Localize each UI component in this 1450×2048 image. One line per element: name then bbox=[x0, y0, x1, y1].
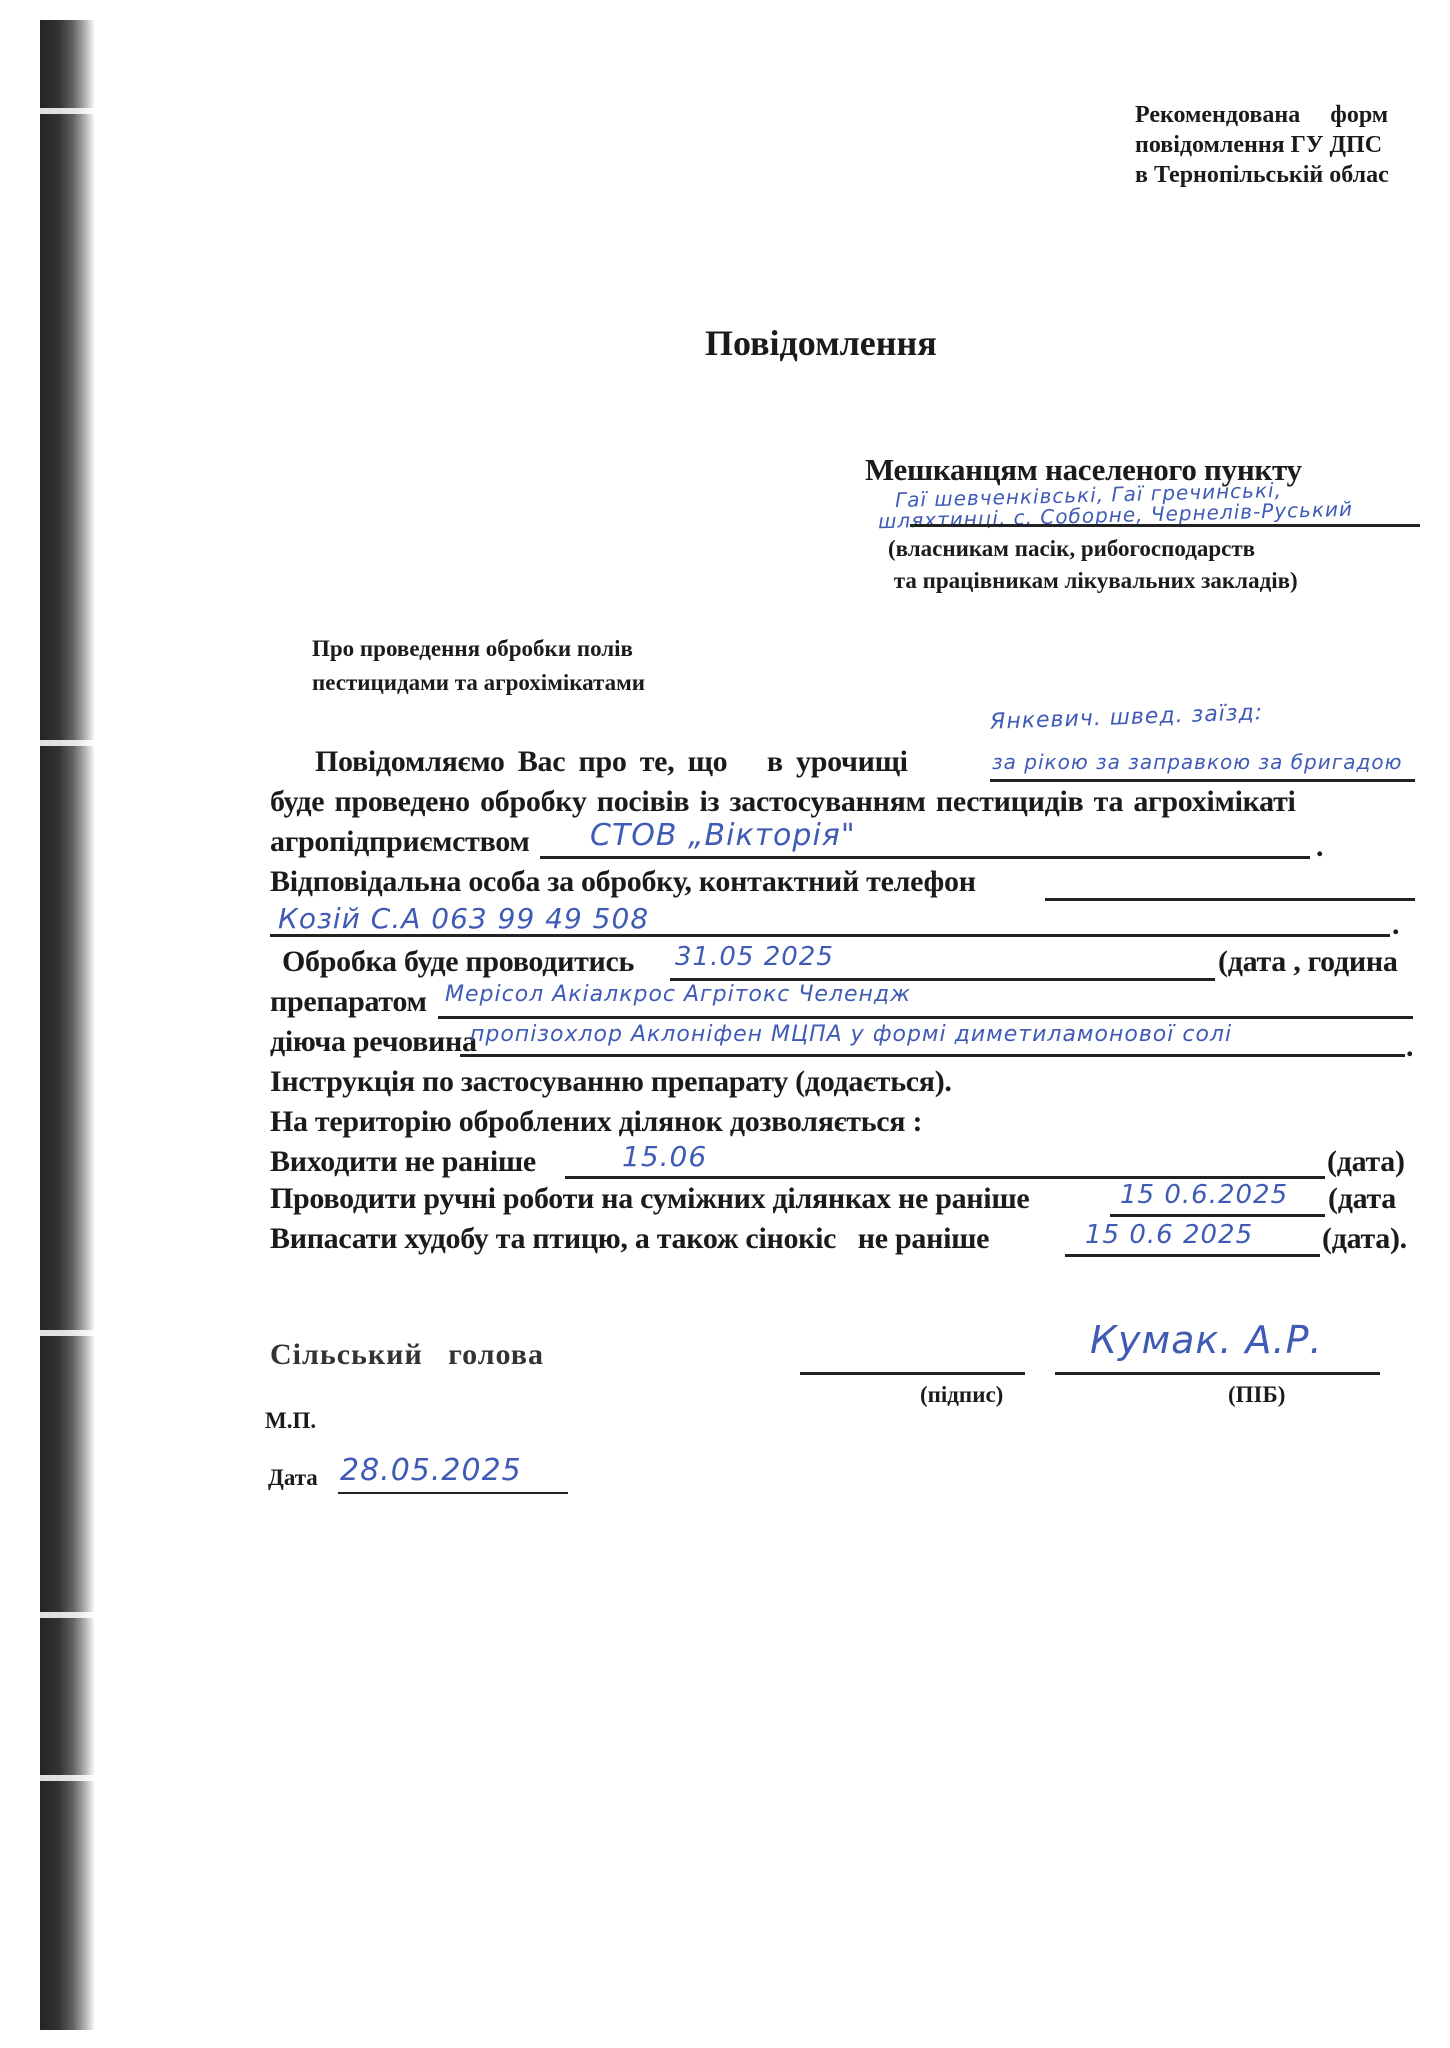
substance-period: . bbox=[1406, 1030, 1413, 1064]
document-date-label: Дата bbox=[268, 1465, 318, 1491]
manual-work-underline bbox=[1110, 1214, 1325, 1217]
document-date-value: 28.05.2025 bbox=[340, 1453, 522, 1488]
scan-edge-gap bbox=[38, 1775, 100, 1781]
exit-value: 15.06 bbox=[622, 1140, 707, 1173]
enterprise-underline bbox=[540, 856, 1310, 859]
substance-label: діюча речовина bbox=[270, 1025, 477, 1059]
scan-edge-gap bbox=[38, 108, 100, 114]
date-suffix: (дата , година bbox=[1218, 945, 1398, 979]
exit-suffix: (дата) bbox=[1327, 1145, 1405, 1179]
instruction-text: Інструкція по застосуванню препарату (до… bbox=[270, 1065, 952, 1099]
responsible-label: Відповідальна особа за обробку, контактн… bbox=[270, 865, 976, 899]
header-line: повідомлення ГУ ДПС bbox=[1135, 130, 1389, 160]
location-underline bbox=[990, 779, 1415, 782]
stamp-label: М.П. bbox=[265, 1408, 316, 1434]
responsible-period: . bbox=[1392, 908, 1399, 942]
intro-text: Повідомляємо Вас про те, що в урочищі bbox=[315, 745, 908, 779]
substance-value: пропізохлор Аклоніфен МЦПА у формі димет… bbox=[470, 1022, 1232, 1047]
exit-label: Виходити не раніше bbox=[270, 1145, 536, 1179]
signature-underline bbox=[800, 1372, 1025, 1375]
recipient-note-line1: (власникам пасік, рибогосподарств bbox=[888, 536, 1255, 562]
manual-work-value: 15 0.6.2025 bbox=[1120, 1180, 1288, 1210]
form-header: Рекомендована форм повідомлення ГУ ДПС в… bbox=[1135, 100, 1389, 190]
substance-underline bbox=[460, 1054, 1405, 1057]
grazing-underline bbox=[1065, 1254, 1320, 1257]
header-line: Рекомендована форм bbox=[1135, 100, 1389, 130]
scan-edge-gap bbox=[38, 740, 100, 746]
recipient-note-line2: та працівникам лікувальних закладів) bbox=[888, 568, 1298, 594]
treatment-date-value: 31.05 2025 bbox=[675, 942, 834, 972]
scan-edge-artifact bbox=[40, 20, 95, 2030]
header-line: в Тернопільській облас bbox=[1135, 160, 1389, 190]
allowed-header: На територію оброблених ділянок дозволяє… bbox=[270, 1105, 922, 1139]
body-line2: буде проведено обробку посівів із застос… bbox=[270, 785, 1296, 819]
enterprise-value: СТОВ „Вікторія" bbox=[590, 818, 856, 853]
manual-work-label: Проводити ручні роботи на суміжних ділян… bbox=[270, 1182, 1029, 1216]
document-date-underline bbox=[338, 1492, 568, 1494]
location-value: за рікою за заправкою за бригадою bbox=[992, 750, 1402, 774]
preparation-underline bbox=[438, 1016, 1413, 1019]
enterprise-label: агропідприємством bbox=[270, 825, 530, 859]
grazing-suffix: (дата). bbox=[1322, 1222, 1407, 1256]
preparation-label: препаратом bbox=[270, 985, 427, 1019]
responsible-underline-2 bbox=[270, 934, 1390, 937]
signer-role: Сільський голова bbox=[270, 1338, 544, 1372]
signer-name-value: Кумак. А.Р. bbox=[1090, 1318, 1323, 1362]
responsible-value: Козій С.А 063 99 49 508 bbox=[278, 902, 649, 935]
page-title: Повідомлення bbox=[705, 322, 937, 364]
responsible-underline-1 bbox=[1045, 898, 1415, 901]
date-label: Обробка буде проводитись bbox=[282, 945, 634, 979]
subject-line1: Про проведення обробки полів bbox=[312, 636, 633, 662]
recipient-underline bbox=[910, 524, 1420, 527]
enterprise-period: . bbox=[1316, 830, 1323, 864]
scan-edge-gap bbox=[38, 1330, 100, 1336]
signature-caption: (підпис) bbox=[920, 1382, 1003, 1408]
exit-underline bbox=[565, 1176, 1325, 1179]
grazing-label: Випасати худобу та птицю, а також сінокі… bbox=[270, 1222, 989, 1256]
manual-work-suffix: (дата bbox=[1328, 1182, 1396, 1216]
subject-line2: пестицидами та агрохімікатами bbox=[312, 670, 645, 696]
date-underline bbox=[670, 978, 1215, 981]
preparation-value: Мерісол Акіалкрос Агрітокс Челендж bbox=[445, 982, 911, 1007]
location-handwritten-above: Янкевич. швед. заїзд: bbox=[990, 700, 1264, 735]
signer-name-underline bbox=[1055, 1372, 1380, 1375]
scan-edge-gap bbox=[38, 1612, 100, 1618]
signer-name-caption: (ПІБ) bbox=[1228, 1382, 1285, 1408]
grazing-value: 15 0.6 2025 bbox=[1085, 1220, 1253, 1250]
